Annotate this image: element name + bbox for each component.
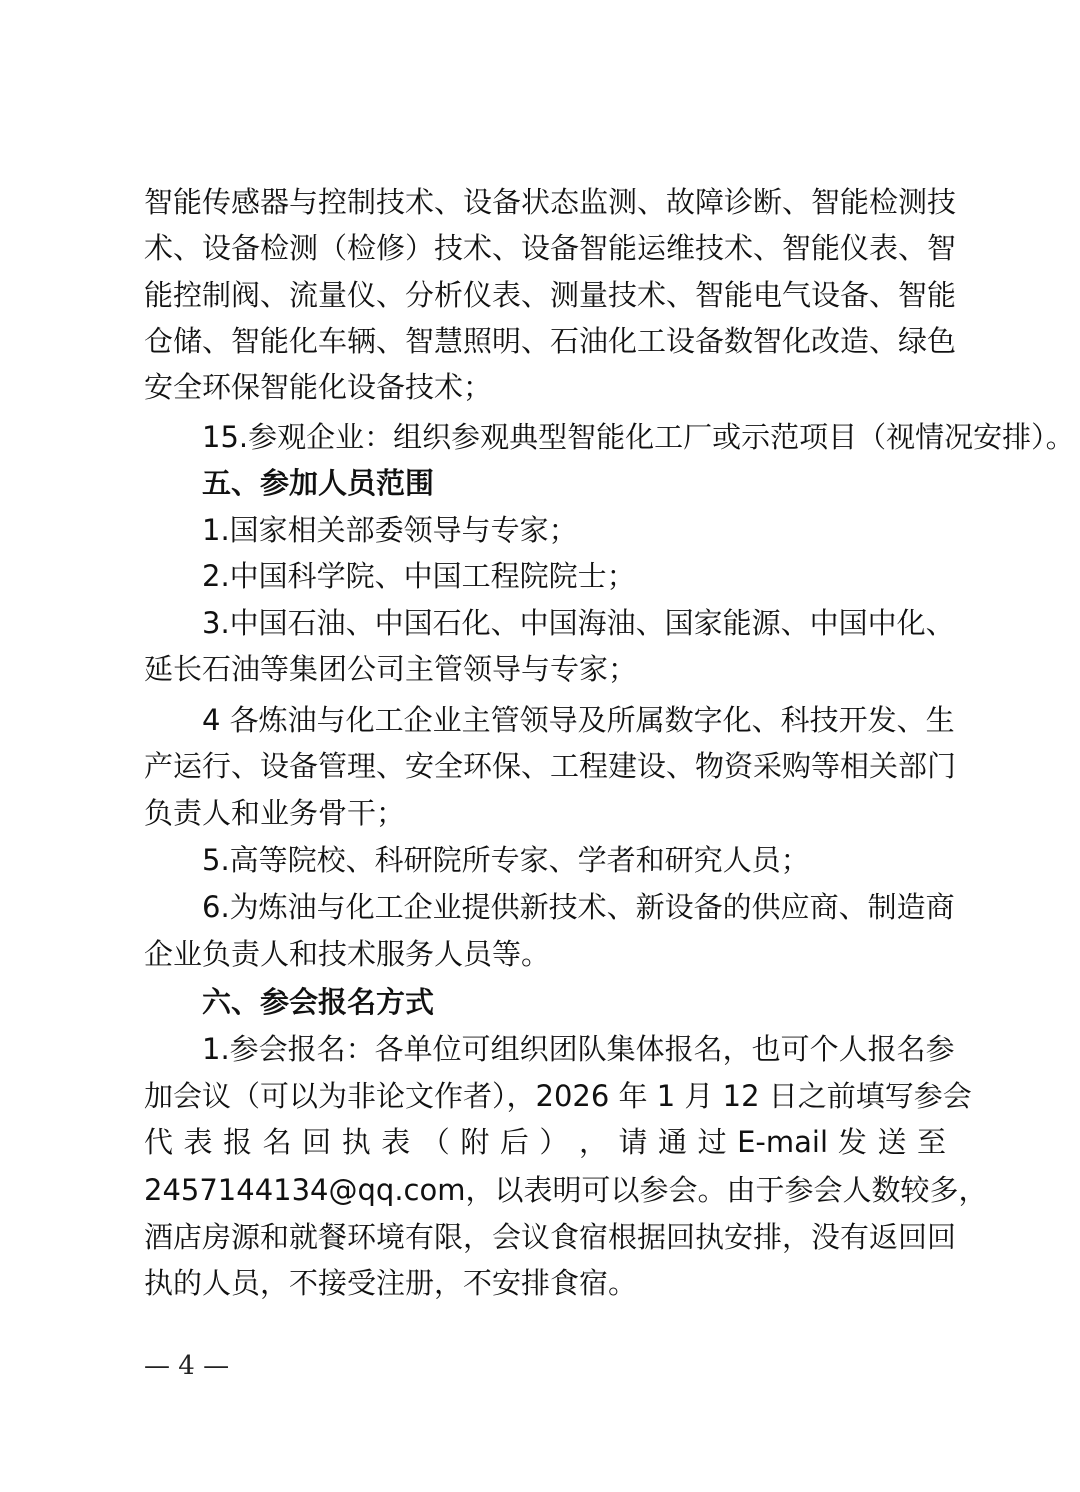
list-item-participant-4: 4 各炼油与化工企业主管领导及所属数字化、科技开发、生 <box>202 700 946 740</box>
body-line: 仓储、智能化车辆、智慧照明、石油化工设备数智化改造、绿色 <box>144 321 946 361</box>
section-heading-registration: 六、参会报名方式 <box>202 982 946 1022</box>
registration-paragraph: 酒店房源和就餐环境有限，会议食宿根据回执安排，没有返回回 <box>144 1217 946 1257</box>
registration-paragraph: 代 表 报 名 回 执 表 （ 附 后 ） ， 请 通 过 E-mail 发 送… <box>144 1122 946 1162</box>
list-item-participant-3: 3.中国石油、中国石化、中国海油、国家能源、中国中化、 <box>202 603 946 643</box>
page-number: — 4 — <box>144 1348 229 1384</box>
list-item-visit-enterprise: 15.参观企业：组织参观典型智能化工厂或示范项目（视情况安排）。 <box>202 417 946 457</box>
body-line: 安全环保智能化设备技术； <box>144 367 946 407</box>
registration-paragraph-email: 2457144134@qq.com，以表明可以参会。由于参会人数较多， <box>144 1170 946 1210</box>
list-item-participant-4-cont: 产运行、设备管理、安全环保、工程建设、物资采购等相关部门 <box>144 746 946 786</box>
list-item-participant-2: 2.中国科学院、中国工程院院士； <box>202 556 946 596</box>
body-line: 能控制阀、流量仪、分析仪表、测量技术、智能电气设备、智能 <box>144 275 946 315</box>
list-item-participant-6: 6.为炼油与化工企业提供新技术、新设备的供应商、制造商 <box>202 887 946 927</box>
body-line: 术、设备检测（检修）技术、设备智能运维技术、智能仪表、智 <box>144 228 946 268</box>
registration-paragraph: 1.参会报名：各单位可组织团队集体报名，也可个人报名参 <box>202 1029 946 1069</box>
list-item-participant-1: 1.国家相关部委领导与专家； <box>202 510 946 550</box>
registration-paragraph: 加会议（可以为非论文作者），2026 年 1 月 12 日之前填写参会 <box>144 1076 946 1116</box>
body-line: 智能传感器与控制技术、设备状态监测、故障诊断、智能检测技 <box>144 182 946 222</box>
registration-paragraph: 执的人员，不接受注册，不安排食宿。 <box>144 1263 946 1303</box>
list-item-participant-3-cont: 延长石油等集团公司主管领导与专家； <box>144 649 946 689</box>
document-page: 智能传感器与控制技术、设备状态监测、故障诊断、智能检测技 术、设备检测（检修）技… <box>0 0 1080 1492</box>
list-item-participant-5: 5.高等院校、科研院所专家、学者和研究人员； <box>202 840 946 880</box>
list-item-participant-4-cont: 负责人和业务骨干； <box>144 793 946 833</box>
list-item-participant-6-cont: 企业负责人和技术服务人员等。 <box>144 934 946 974</box>
section-heading-participants: 五、参加人员范围 <box>202 463 946 503</box>
